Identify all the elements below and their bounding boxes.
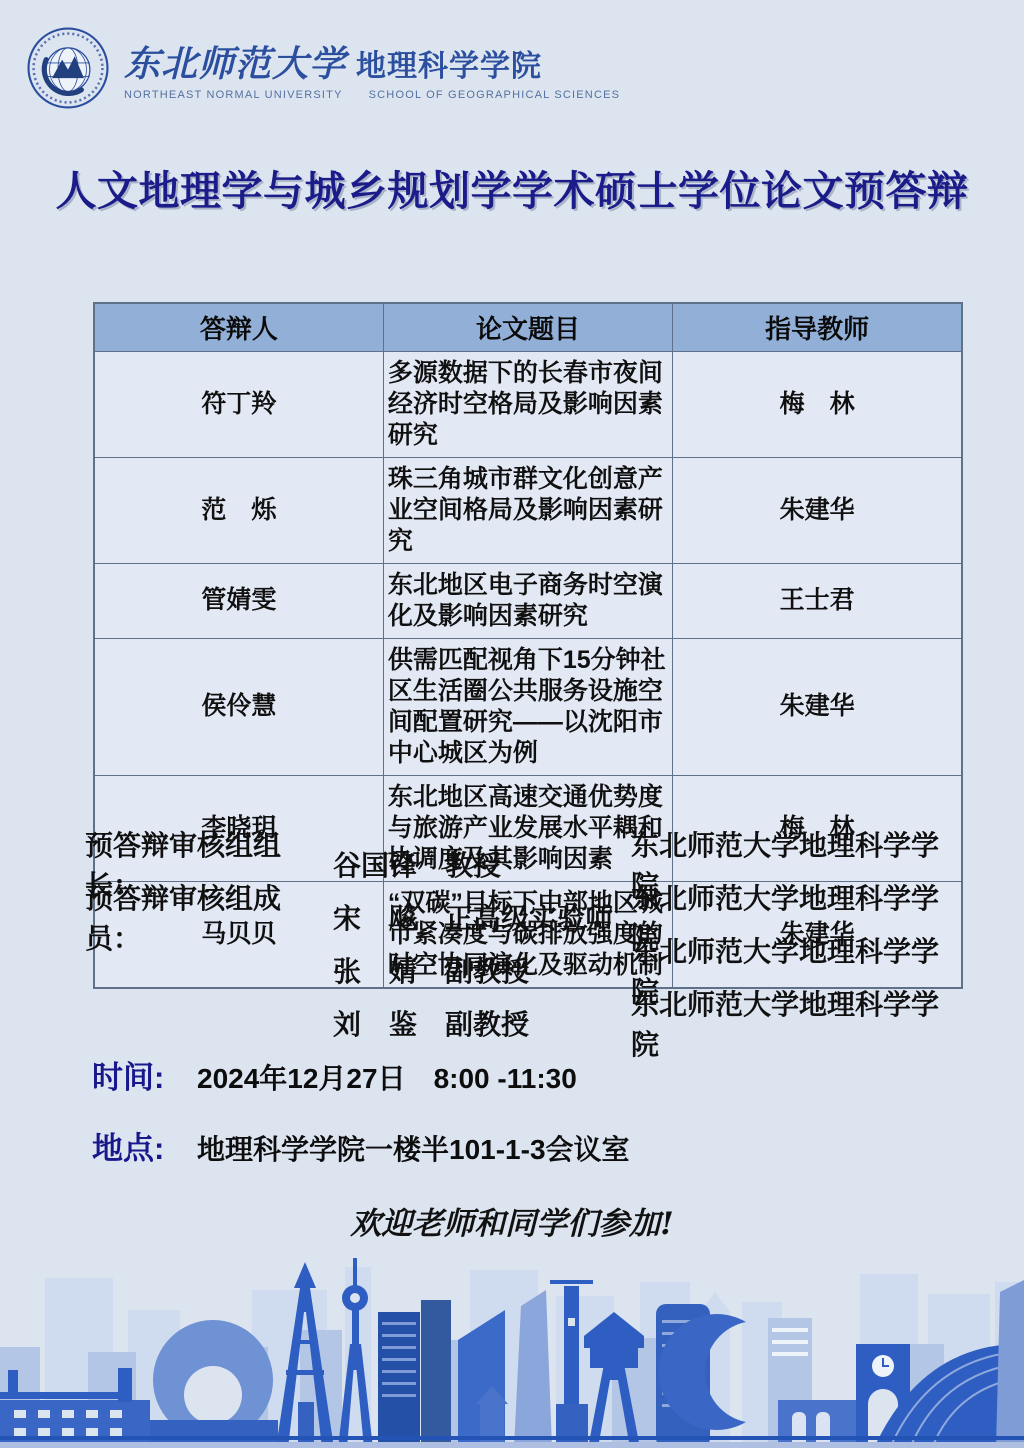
university-seal-icon [26,26,110,110]
city-skyline-illustration [0,1252,1024,1448]
committee-member-title: 副教授 [445,1003,631,1043]
time-label: 时间: [92,1052,197,1097]
advisor-name: 梅 林 [673,351,962,457]
defender-name: 范 烁 [94,457,383,563]
college-name-en: SCHOOL OF GEOGRAPHICAL SCIENCES [369,89,621,101]
defender-name: 侯伶慧 [94,638,383,775]
col-header-advisor: 指导教师 [673,303,962,351]
thesis-title: 多源数据下的长春市夜间经济时空格局及影响因素研究 [383,351,672,457]
college-name-cn: 地理科学学院 [356,41,542,85]
event-info: 时间: 2024年12月27日 8:00 -11:30 地点: 地理科学学院一楼… [92,1052,630,1194]
university-name-en: NORTHEAST NORMAL UNIVERSITY [124,89,343,101]
committee-member-title: 副教授 [445,950,631,990]
defender-name: 符丁羚 [94,351,383,457]
thesis-title: 供需匹配视角下15分钟社区生活圈公共服务设施空间配置研究——以沈阳市中心城区为例 [383,638,672,775]
committee-line: 预答辩审核组成员： 宋 飚 正高级实验师 东北师范大学地理科学学院 [85,877,965,930]
committee-member-name: 张 婧 [333,950,445,990]
committee-member-name: 宋 飚 [333,897,445,937]
table-row: 侯伶慧 供需匹配视角下15分钟社区生活圈公共服务设施空间配置研究——以沈阳市中心… [94,638,962,775]
committee-member-name: 谷国锋 [333,844,445,884]
committee-member-title: 教授 [445,844,631,884]
committee-line: 刘 鉴 副教授 东北师范大学地理科学学院 [85,983,965,1036]
committee-member-name: 刘 鉴 [333,1003,445,1043]
table-row: 符丁羚 多源数据下的长春市夜间经济时空格局及影响因素研究 梅 林 [94,351,962,457]
place-value: 地理科学学院一楼半101-1-3会议室 [197,1128,630,1168]
col-header-thesis: 论文题目 [383,303,672,351]
advisor-name: 朱建华 [673,638,962,775]
advisor-name: 王士君 [673,563,962,638]
place-label: 地点: [92,1123,197,1168]
table-header-row: 答辩人 论文题目 指导教师 [94,303,962,351]
advisor-name: 朱建华 [673,457,962,563]
welcome-message: 欢迎老师和同学们参加! [0,1198,1024,1243]
logo-text: 东北师范大学 地理科学学院 NORTHEAST NORMAL UNIVERSIT… [124,36,620,101]
committee-member-title: 正高级实验师 [445,897,631,937]
place-line: 地点: 地理科学学院一楼半101-1-3会议室 [92,1123,630,1168]
university-name-cn: 东北师范大学 [124,36,346,87]
time-value: 2024年12月27日 8:00 -11:30 [197,1057,577,1097]
poster-title: 人文地理学与城乡规划学学术硕士学位论文预答辩 [0,158,1024,217]
table-row: 范 烁 珠三角城市群文化创意产业空间格局及影响因素研究 朱建华 [94,457,962,563]
table-row: 管婧雯 东北地区电子商务时空演化及影响因素研究 王士君 [94,563,962,638]
committee-role-label: 预答辩审核组成员： [85,877,333,957]
time-line: 时间: 2024年12月27日 8:00 -11:30 [92,1052,630,1097]
poster: 东北师范大学 地理科学学院 NORTHEAST NORMAL UNIVERSIT… [0,0,1024,1448]
committee-line: 预答辩审核组组长： 谷国锋 教授 东北师范大学地理科学学院 [85,824,965,877]
thesis-title: 东北地区电子商务时空演化及影响因素研究 [383,563,672,638]
committee-member-affiliation: 东北师范大学地理科学学院 [631,983,965,1063]
header-logo: 东北师范大学 地理科学学院 NORTHEAST NORMAL UNIVERSIT… [26,26,620,110]
review-committee: 预答辩审核组组长： 谷国锋 教授 东北师范大学地理科学学院 预答辩审核组成员： … [85,824,965,1036]
thesis-title: 珠三角城市群文化创意产业空间格局及影响因素研究 [383,457,672,563]
defender-name: 管婧雯 [94,563,383,638]
col-header-defender: 答辩人 [94,303,383,351]
